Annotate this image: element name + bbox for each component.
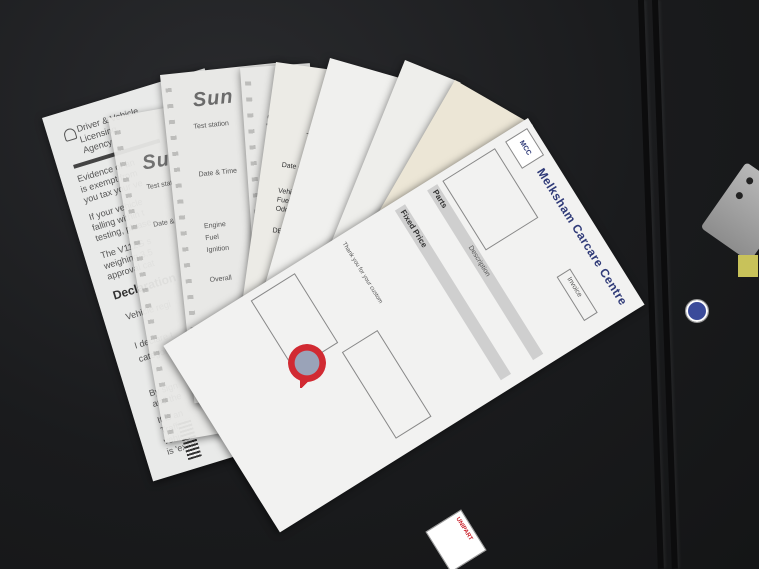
globe-logo-icon: [686, 300, 708, 322]
leather-surface: Driver & Vehicle Licensing Agency Eviden…: [0, 0, 759, 569]
totals-box: [342, 330, 432, 439]
printout-text: Ignition: [206, 245, 229, 256]
red-seal-icon: [288, 344, 326, 382]
fixed-price-heading: Fixed Price: [398, 208, 429, 250]
yellow-tab: [738, 255, 758, 277]
printout-text: Date & Time: [198, 167, 237, 180]
printout-text: Engine: [204, 221, 227, 232]
metal-clip: [700, 162, 759, 262]
parts-heading: Parts: [430, 188, 449, 210]
printout-text: Test station: [193, 120, 229, 132]
invoice-footer-note: Thank you for your custom: [339, 241, 383, 305]
description-heading: Description: [465, 245, 491, 279]
sun-logo: Sun: [192, 86, 235, 113]
unipart-label: UNIPART: [454, 516, 473, 541]
mcc-badge-icon: MCC: [505, 128, 544, 169]
invoice-label-box: Invoice: [557, 269, 598, 322]
invoice-company-name: Melksham Carcare Centre: [534, 166, 630, 308]
invoice-label: Invoice: [564, 276, 583, 299]
unipart-logo: UNIPART: [425, 510, 486, 569]
crown-crest-icon: [63, 127, 78, 142]
clip-hole: [734, 191, 744, 201]
printout-text: Overall: [209, 275, 232, 286]
clip-hole: [745, 176, 755, 186]
printout-text: Fuel: [205, 234, 219, 244]
